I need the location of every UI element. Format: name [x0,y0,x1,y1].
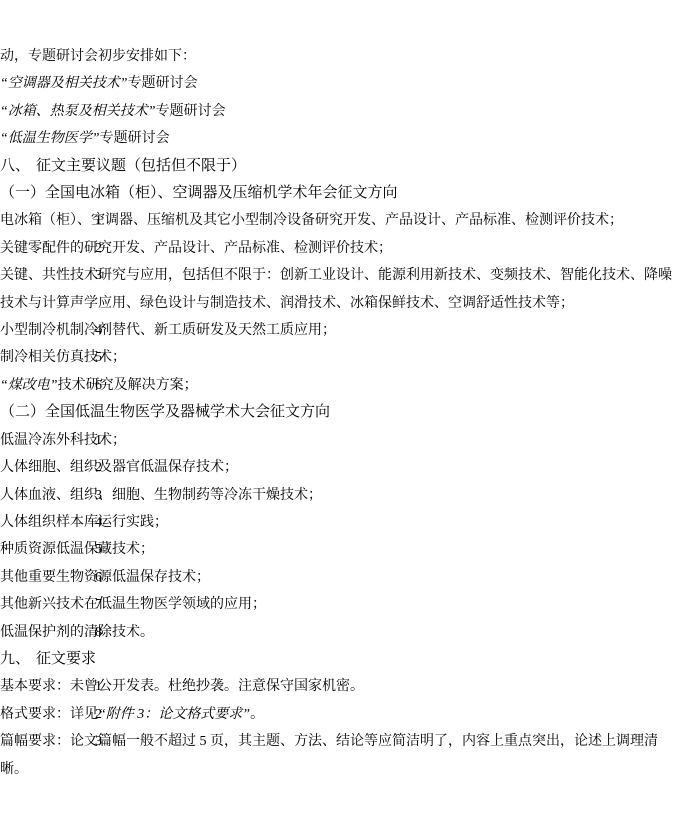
seminar-1-quoted: “空调器及相关技术” [0,76,128,91]
item-text: 制冷相关仿真技术； [0,350,126,365]
item-number: 5 [95,536,102,563]
item-number: 1 [95,207,102,234]
item-number: 3 [95,728,102,755]
list-item: 1基本要求：未曾公开发表。杜绝抄袭。注意保守国家机密。 [0,673,680,700]
item-number: 5 [95,344,102,371]
item-suffix: 。 [250,707,264,722]
seminar-2-suffix: 专题研讨会 [156,104,226,119]
item-text: 人体血液、组织、细胞、生物制药等冷冻干燥技术； [0,488,322,503]
item-prefix: 格式要求：详见 [0,707,98,722]
seminar-3-suffix: 专题研讨会 [100,131,170,146]
item-number: 2 [95,701,102,728]
seminar-line-2: “冰箱、热泵及相关技术”专题研讨会 [0,98,680,125]
item-text: 人体组织样本库运行实践； [0,515,168,530]
item-text: 低温保护剂的清除技术。 [0,625,154,640]
item-text: 其他新兴技术在低温生物医学领域的应用； [0,597,266,612]
item-number: 3 [95,262,102,289]
item-number: 3 [95,482,102,509]
section-9-number: 九、 [0,651,30,667]
list-item: 8低温保护剂的清除技术。 [0,619,680,646]
list-item: 3人体血液、组织、细胞、生物制药等冷冻干燥技术； [0,482,680,509]
item-number: 1 [95,673,102,700]
seminar-line-1: “空调器及相关技术”专题研讨会 [0,70,680,97]
list-item: 4小型制冷机制冷剂替代、新工质研发及天然工质应用； [0,317,680,344]
seminar-1-suffix: 专题研讨会 [128,76,198,91]
item-text: 基本要求：未曾公开发表。杜绝抄袭。注意保守国家机密。 [0,679,364,694]
seminar-3-quoted: “低温生物医学” [0,131,100,146]
item-text: 低温冷冻外科技术； [0,433,126,448]
list-item: 4人体组织样本库运行实践； [0,509,680,536]
list-item: 2人体细胞、组织及器官低温保存技术； [0,454,680,481]
item-quoted: “附件 3：论文格式要求” [98,707,250,722]
item-text: 种质资源低温保藏技术； [0,542,154,557]
list-item: 1电冰箱（柜）、空调器、压缩机及其它小型制冷设备研究开发、产品设计、产品标准、检… [0,207,680,234]
list-item: 3篇幅要求：论文篇幅一般不超过 5 页，其主题、方法、结论等应简洁明了，内容上重… [0,728,680,783]
item-text: 小型制冷机制冷剂替代、新工质研发及天然工质应用； [0,323,336,338]
list-item: 2格式要求：详见“附件 3：论文格式要求”。 [0,701,680,728]
list-item: 6“煤改电”技术研究及解决方案； [0,372,680,399]
item-quoted: “煤改电” [0,378,58,393]
item-number: 6 [95,372,102,399]
list-item: 7其他新兴技术在低温生物医学领域的应用； [0,591,680,618]
section-9-heading: 九、征文要求 [0,646,680,673]
list-item: 3关键、共性技术研究与应用，包括但不限于：创新工业设计、能源利用新技术、变频技术… [0,262,680,317]
document-page: 动，专题研讨会初步安排如下： “空调器及相关技术”专题研讨会 “冰箱、热泵及相关… [0,0,680,837]
list-item: 5制冷相关仿真技术； [0,344,680,371]
list-item: 5种质资源低温保藏技术； [0,536,680,563]
item-number: 2 [95,454,102,481]
item-number: 7 [95,591,102,618]
item-number: 4 [95,509,102,536]
item-text: 电冰箱（柜）、空调器、压缩机及其它小型制冷设备研究开发、产品设计、产品标准、检测… [0,213,623,228]
section-8-heading: 八、征文主要议题（包括但不限于） [0,153,680,180]
subsection-8-2-heading: （二）全国低温生物医学及器械学术大会征文方向 [0,399,680,426]
section-8-title: 征文主要议题（包括但不限于） [36,158,246,174]
section-9-title: 征文要求 [36,651,96,667]
list-item: 6其他重要生物资源低温保存技术； [0,564,680,591]
item-text: 技术研究及解决方案； [58,378,198,393]
item-number: 8 [95,619,102,646]
item-text: 关键零配件的研究开发、产品设计、产品标准、检测评价技术； [0,241,392,256]
item-number: 4 [95,317,102,344]
item-text: 其他重要生物资源低温保存技术； [0,570,210,585]
section-8-number: 八、 [0,158,30,174]
subsection-8-1-heading: （一）全国电冰箱（柜）、空调器及压缩机学术年会征文方向 [0,180,680,207]
item-text: 人体细胞、组织及器官低温保存技术； [0,460,238,475]
item-number: 6 [95,564,102,591]
item-number: 1 [95,427,102,454]
item-number: 2 [95,235,102,262]
seminar-line-3: “低温生物医学”专题研讨会 [0,125,680,152]
list-item: 1低温冷冻外科技术； [0,427,680,454]
list-item: 2关键零配件的研究开发、产品设计、产品标准、检测评价技术； [0,235,680,262]
seminar-2-quoted: “冰箱、热泵及相关技术” [0,104,156,119]
intro-paragraph: 动，专题研讨会初步安排如下： [0,43,680,70]
